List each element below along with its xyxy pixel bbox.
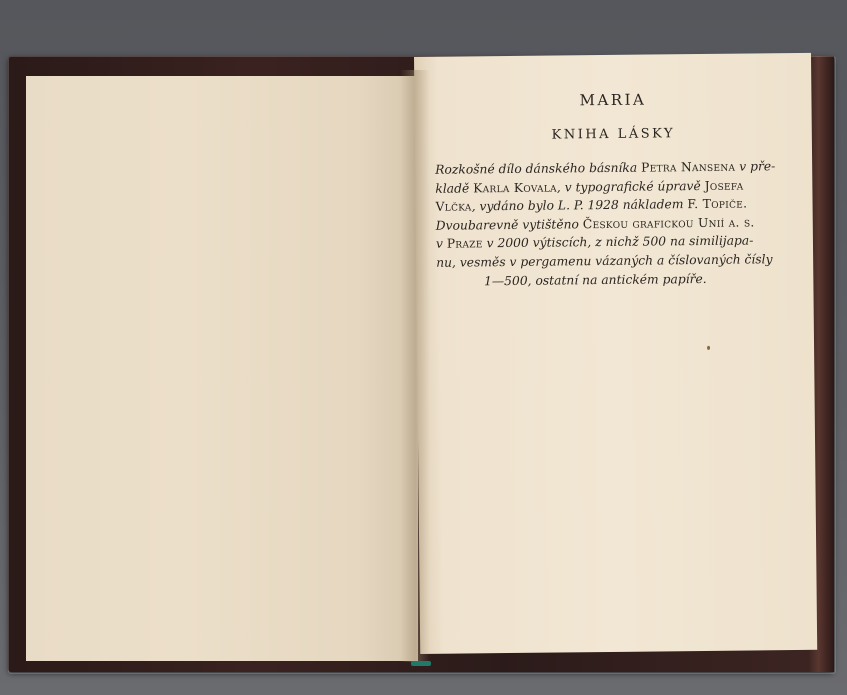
colophon-fragment: v pře-	[735, 159, 775, 173]
small-caps-name: Petra Nansena	[641, 160, 735, 175]
colophon-fragment: , v typografické úpravě	[557, 179, 705, 195]
colophon-text: Rozkošné dílo dánského básníka Petra Nan…	[435, 157, 754, 290]
colophon-line: 1—500, ostatní na antickém papíře.	[436, 269, 754, 291]
small-caps-name: Praze	[447, 237, 483, 251]
book-gutter	[400, 70, 430, 662]
title-block: MARIA KNIHA LÁSKY	[414, 89, 812, 144]
book-subtitle: KNIHA LÁSKY	[415, 125, 812, 144]
right-page: MARIA KNIHA LÁSKY Rozkošné dílo dánského…	[414, 53, 817, 654]
colophon-fragment: v	[436, 237, 447, 251]
colophon-fragment: kladě	[435, 181, 473, 195]
paper-spot	[707, 346, 710, 350]
colophon-fragment: 1—500, ostatní na antickém papíře.	[484, 272, 707, 288]
book-title: MARIA	[414, 89, 811, 111]
colophon-fragment: v 2000 výtiscích, z nichž 500 na similij…	[483, 234, 754, 251]
left-page	[26, 76, 418, 661]
colophon-fragment: Dvoubarevně vytištěno	[436, 217, 583, 233]
small-caps-name: Karla Kovala	[473, 180, 557, 195]
small-caps-name: Vlčka	[435, 200, 471, 214]
bookmark-ribbon	[411, 661, 431, 666]
small-caps-name: Českou grafickou Unií a. s.	[583, 215, 755, 231]
small-caps-name: F. Topiče.	[687, 197, 747, 212]
colophon-fragment: Rozkošné dílo dánského básníka	[435, 161, 641, 177]
small-caps-name: Josefa	[705, 178, 744, 192]
colophon-fragment: nu, vesměs v pergamenu vázaných a číslov…	[436, 252, 773, 270]
colophon-fragment: , vydáno bylo L. P. 1928 nákladem	[472, 197, 688, 213]
